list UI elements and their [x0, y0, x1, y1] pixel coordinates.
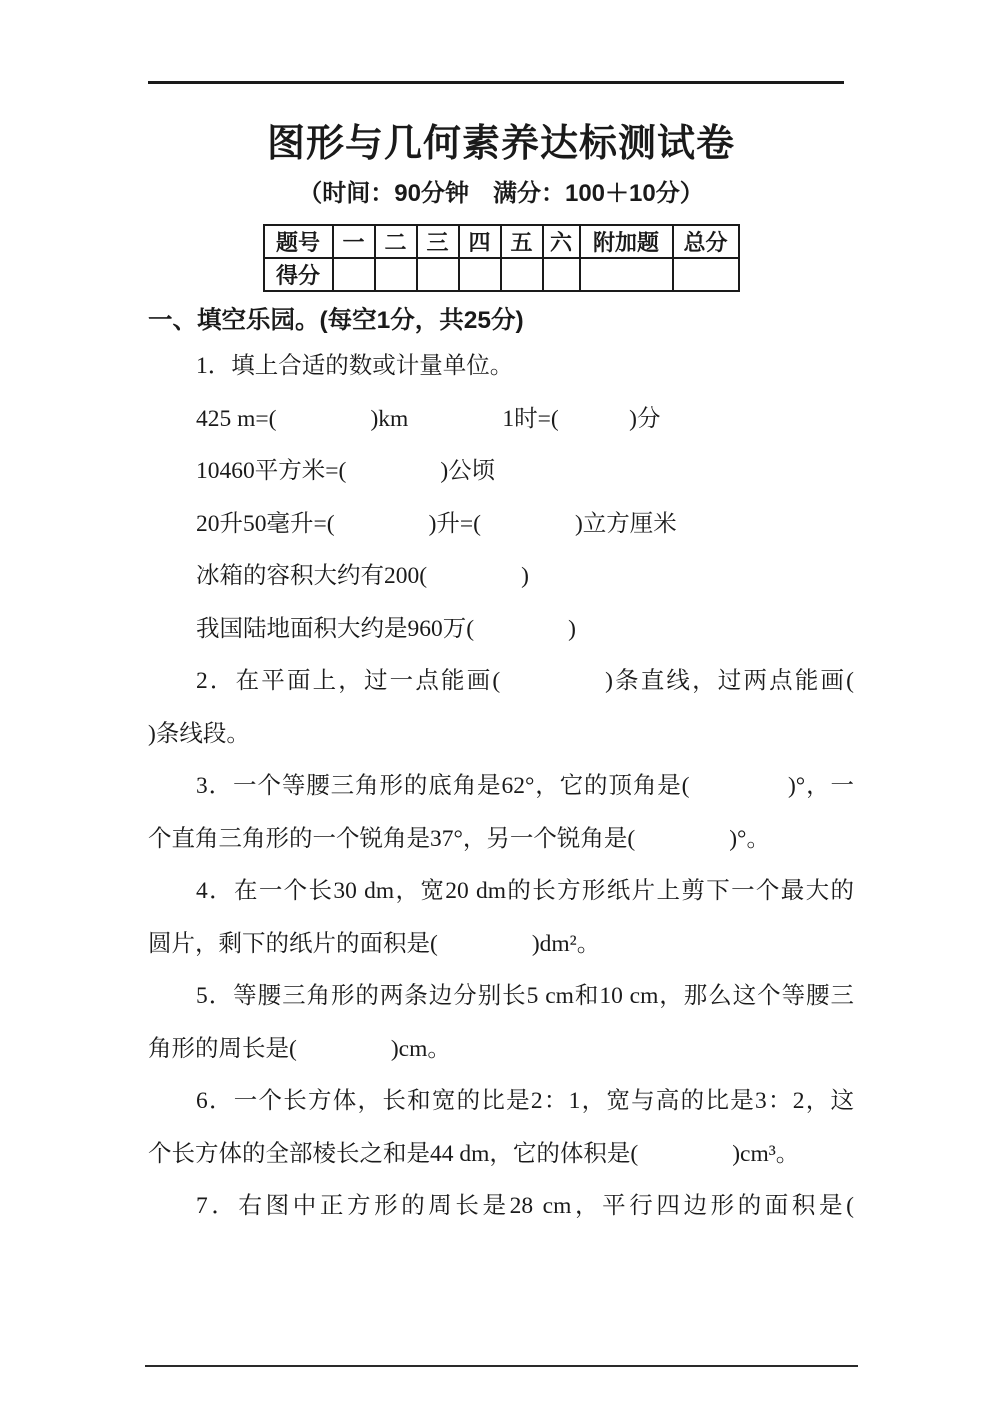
page-content: 图形与几何素养达标测试卷 （时间：90分钟 满分：100＋10分） 题号 一二三…: [148, 0, 854, 1233]
score-table-score-label-cell: 得分: [264, 258, 333, 291]
question-line: 2．在平面上，过一点能画( )条直线，过两点能画(: [148, 655, 854, 708]
bottom-rule: [145, 1365, 858, 1367]
score-table-column-header: 三: [417, 225, 459, 258]
question-line: 角形的周长是( )cm。: [148, 1023, 854, 1076]
question-line: 425 m=( )km 1时=( )分: [148, 393, 854, 446]
score-table: 题号 一二三四五六附加题总分 得分: [263, 224, 740, 292]
score-table-empty-score-cell: [459, 258, 501, 291]
score-table-column-header: 五: [501, 225, 543, 258]
score-table-empty-score-cell: [333, 258, 375, 291]
paper-subtitle: （时间：90分钟 满分：100＋10分）: [148, 178, 854, 210]
question-line: 5．等腰三角形的两条边分别长5 cm和10 cm，那么这个等腰三: [148, 970, 854, 1023]
question-line: 个长方体的全部棱长之和是44 dm，它的体积是( )cm³。: [148, 1128, 854, 1181]
question-line: 4．在一个长30 dm，宽20 dm的长方形纸片上剪下一个最大的: [148, 865, 854, 918]
score-table-empty-score-cell: [375, 258, 417, 291]
question-line: 个直角三角形的一个锐角是37°，另一个锐角是( )°。: [148, 813, 854, 866]
question-line: 1．填上合适的数或计量单位。: [148, 340, 854, 393]
question-line: 我国陆地面积大约是960万( ): [148, 603, 854, 656]
score-table-empty-score-cell: [543, 258, 580, 291]
question-line: 6．一个长方体，长和宽的比是2：1，宽与高的比是3：2，这: [148, 1075, 854, 1128]
score-table-question-row: 题号 一二三四五六附加题总分: [264, 225, 739, 258]
score-table-empty-score-cell: [580, 258, 673, 291]
question-line: 3．一个等腰三角形的底角是62°，它的顶角是( )°，一: [148, 760, 854, 813]
question-line: 7．右图中正方形的周长是28 cm，平行四边形的面积是(: [148, 1180, 854, 1233]
score-table-score-row: 得分: [264, 258, 739, 291]
question-line: 圆片，剩下的纸片的面积是( )dm²。: [148, 918, 854, 971]
paper-title: 图形与几何素养达标测试卷: [148, 118, 854, 170]
score-table-column-header: 四: [459, 225, 501, 258]
score-table-column-header: 总分: [673, 225, 739, 258]
score-table-corner-cell: 题号: [264, 225, 333, 258]
question-line: 10460平方米=( )公顷: [148, 445, 854, 498]
question-lines: 1．填上合适的数或计量单位。425 m=( )km 1时=( )分10460平方…: [148, 340, 854, 1233]
question-line: 20升50毫升=( )升=( )立方厘米: [148, 498, 854, 551]
score-table-empty-score-cell: [673, 258, 739, 291]
score-table-column-header: 二: [375, 225, 417, 258]
section-one-heading: 一、填空乐园。(每空1分，共25分): [148, 304, 854, 338]
score-table-column-header: 六: [543, 225, 580, 258]
question-line: 冰箱的容积大约有200( ): [148, 550, 854, 603]
test-paper-page: 图形与几何素养达标测试卷 （时间：90分钟 满分：100＋10分） 题号 一二三…: [0, 0, 1000, 1415]
score-table-empty-score-cell: [501, 258, 543, 291]
question-line: )条线段。: [148, 708, 854, 761]
score-table-empty-score-cell: [417, 258, 459, 291]
score-table-column-header: 附加题: [580, 225, 673, 258]
score-table-column-header: 一: [333, 225, 375, 258]
